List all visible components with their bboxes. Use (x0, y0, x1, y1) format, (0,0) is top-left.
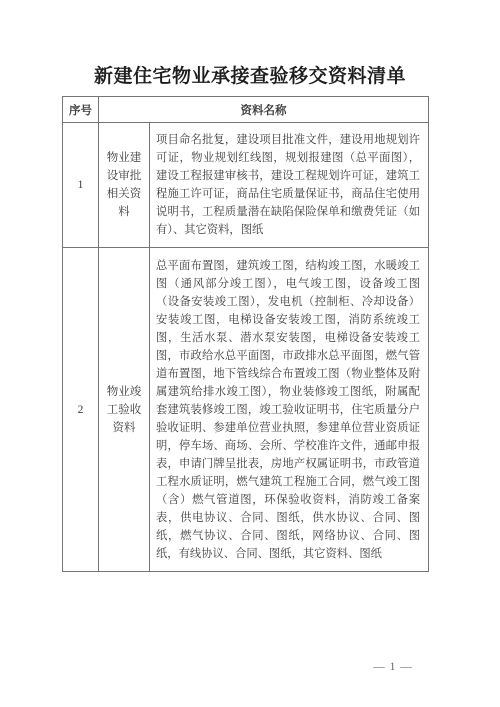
row-2-category: 物业竣工验收资料 (99, 248, 150, 572)
page-number: — 1 — (358, 661, 428, 673)
row-2-index: 2 (63, 248, 99, 572)
header-index: 序号 (63, 97, 99, 123)
table-header-row: 序号 资料名称 (63, 97, 429, 123)
header-material-name: 资料名称 (99, 97, 429, 123)
row-1-content: 项目命名批复，建设项目批准文件，建设用地规划许可证，物业规划红线图，规划报建图（… (150, 123, 429, 248)
table-row: 1 物业建设审批相关资料 项目命名批复，建设项目批准文件，建设用地规划许可证，物… (63, 123, 429, 248)
row-1-index: 1 (63, 123, 99, 248)
table-row: 2 物业竣工验收资料 总平面布置图，建筑竣工图，结构竣工图，水暖竣工图（通风部分… (63, 248, 429, 572)
row-1-category: 物业建设审批相关资料 (99, 123, 150, 248)
row-2-content: 总平面布置图，建筑竣工图，结构竣工图，水暖竣工图（通风部分竣工图），电气竣工图，… (150, 248, 429, 572)
page-title: 新建住宅物业承接查验移交资料清单 (0, 61, 500, 88)
materials-table: 序号 资料名称 1 物业建设审批相关资料 项目命名批复，建设项目批准文件，建设用… (62, 96, 429, 572)
